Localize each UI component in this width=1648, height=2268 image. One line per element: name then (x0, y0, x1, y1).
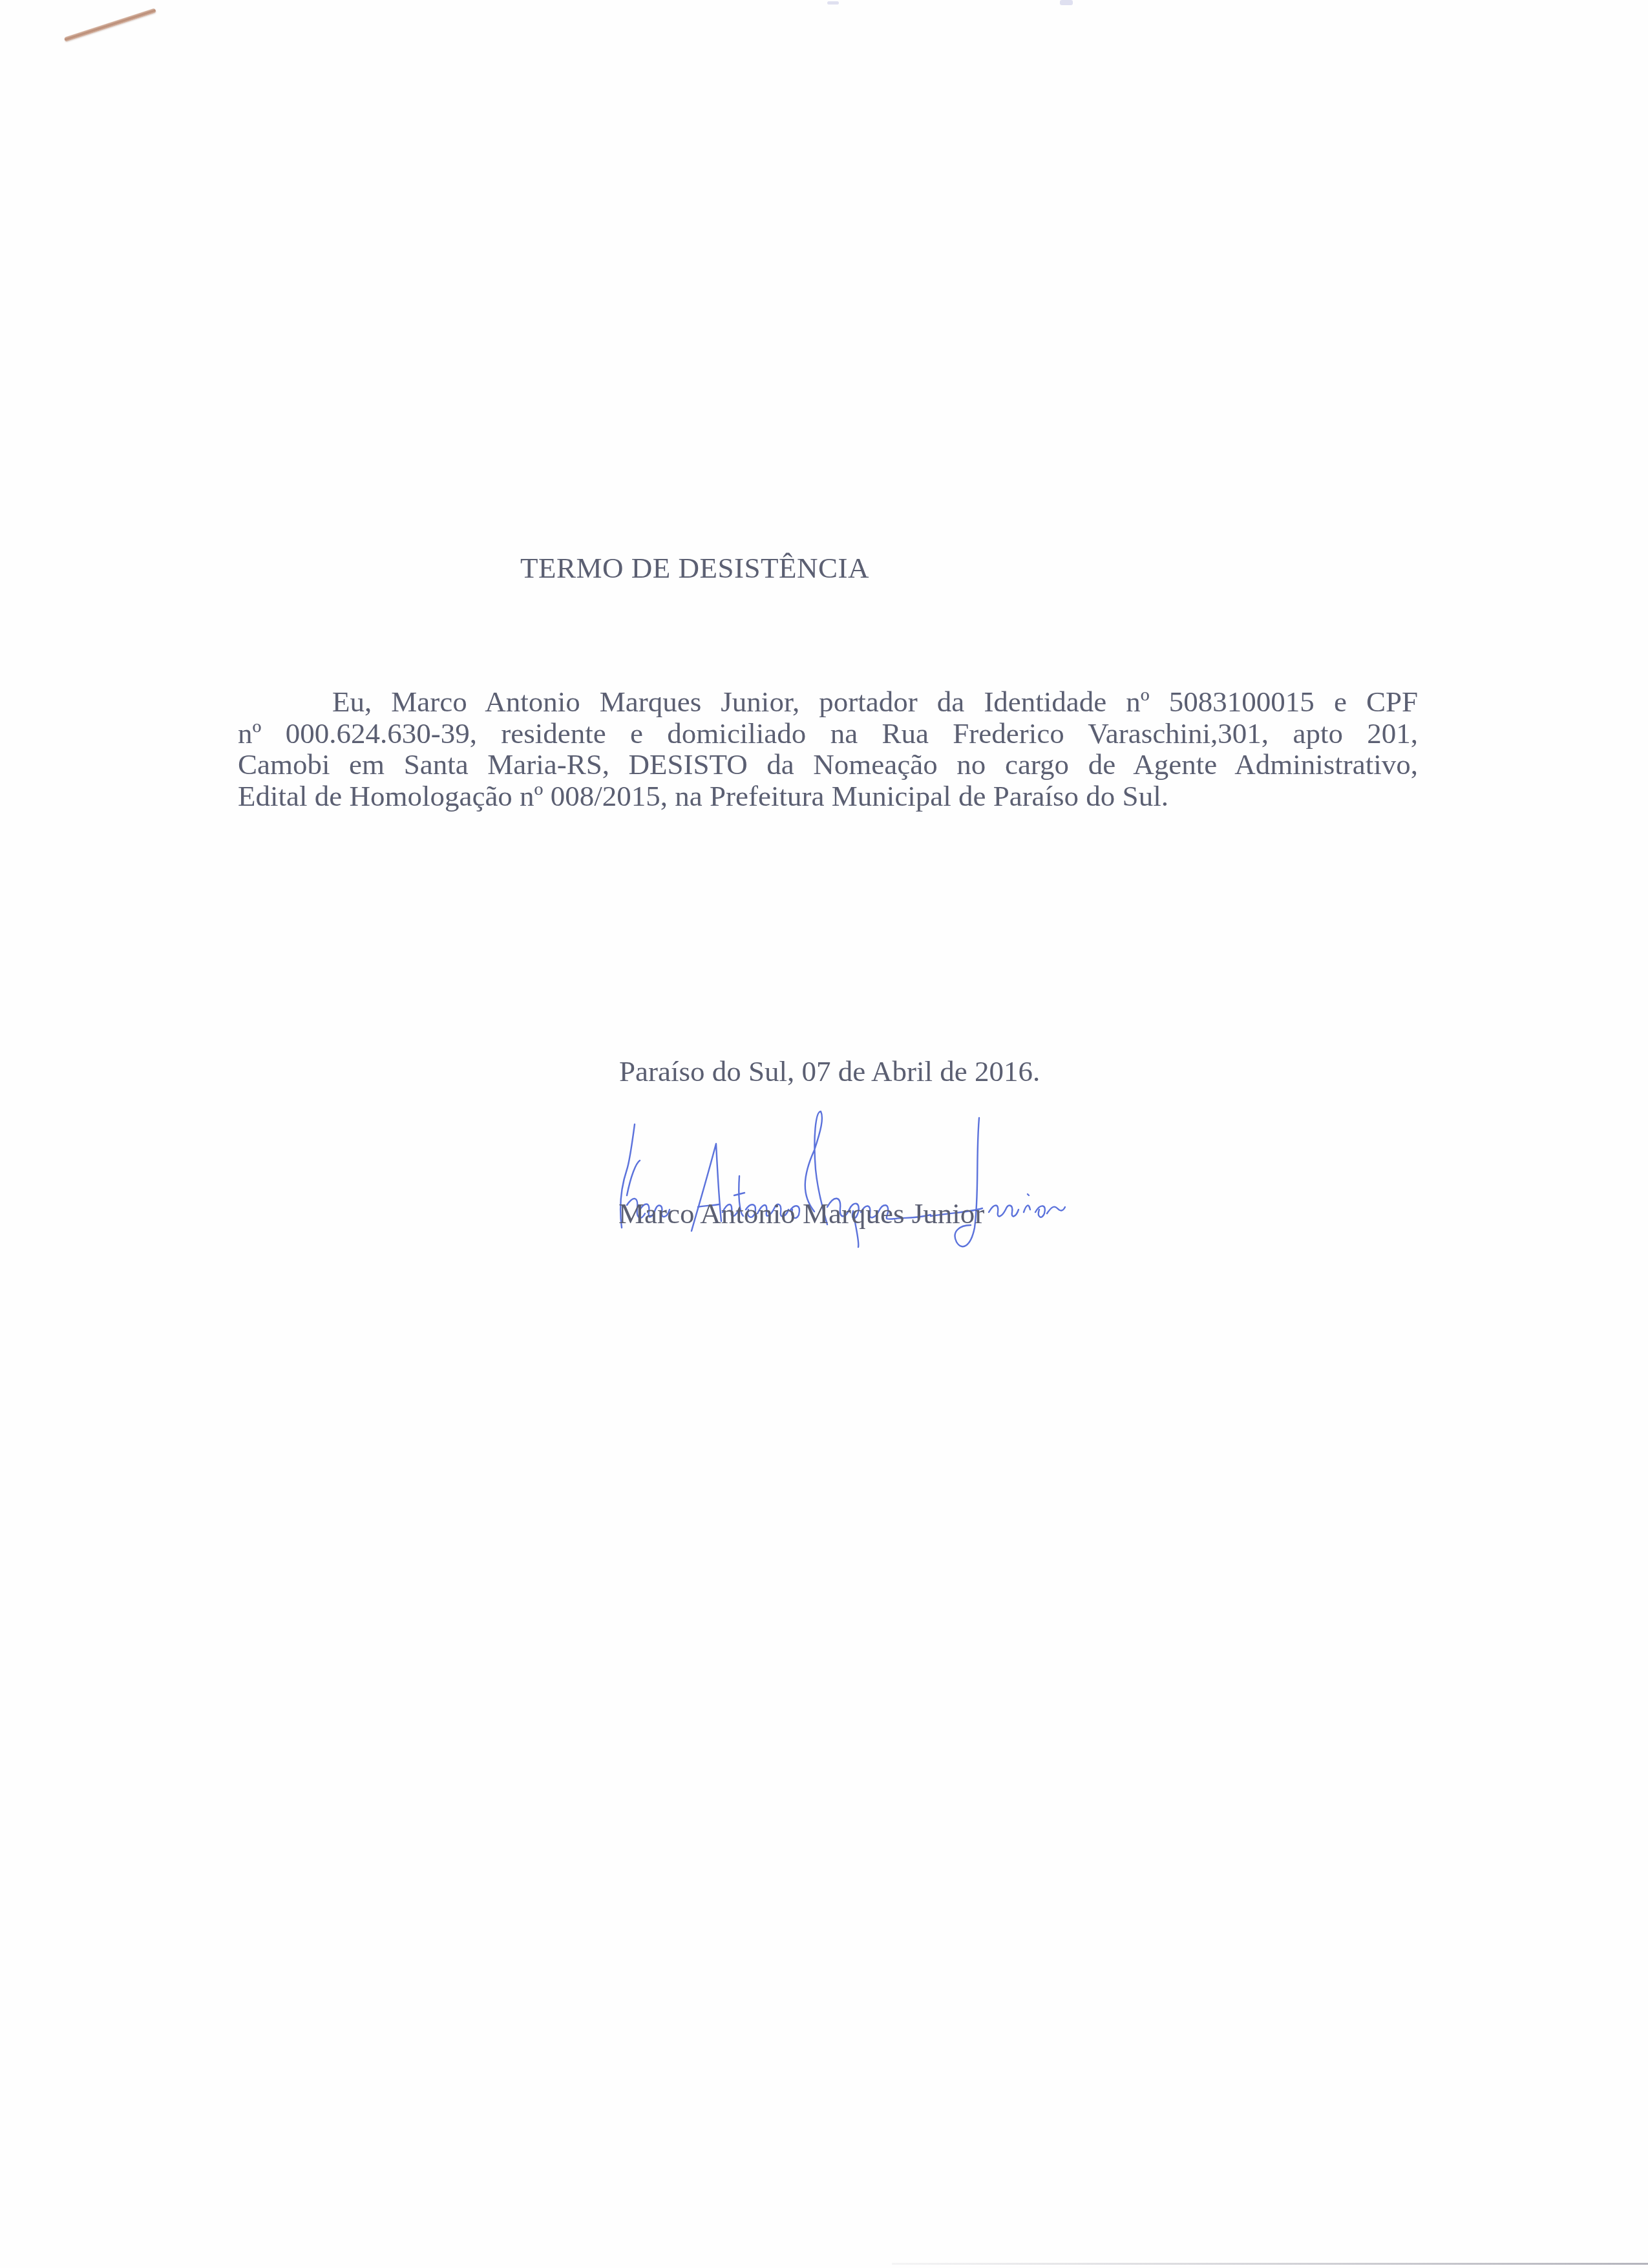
scanned-page: TERMO DE DESISTÊNCIA Eu, Marco Antonio M… (0, 0, 1648, 2268)
paragraph-line: Eu, Marco Antonio Marques Junior, portad… (238, 686, 1418, 718)
document-title: TERMO DE DESISTÊNCIA (520, 550, 869, 586)
staple-mark (64, 8, 156, 41)
paragraph-line: Camobi em Santa Maria-RS, DESISTO da Nom… (238, 749, 1418, 781)
scan-edge-line (892, 2263, 1648, 2265)
signer-printed-name: Marco Antonio Marques Junior (618, 1195, 984, 1232)
scan-artifact (1060, 0, 1073, 5)
place-and-date: Paraíso do Sul, 07 de Abril de 2016. (619, 1053, 1040, 1089)
paragraph-line: Edital de Homologação nº 008/2015, na Pr… (238, 781, 1418, 812)
paragraph-line: nº 000.624.630-39, residente e domicilia… (238, 718, 1418, 750)
declaration-paragraph: Eu, Marco Antonio Marques Junior, portad… (238, 686, 1418, 812)
signature-block: Marco Antonio Marques Junior (607, 1098, 1137, 1254)
scan-artifact (827, 1, 839, 5)
